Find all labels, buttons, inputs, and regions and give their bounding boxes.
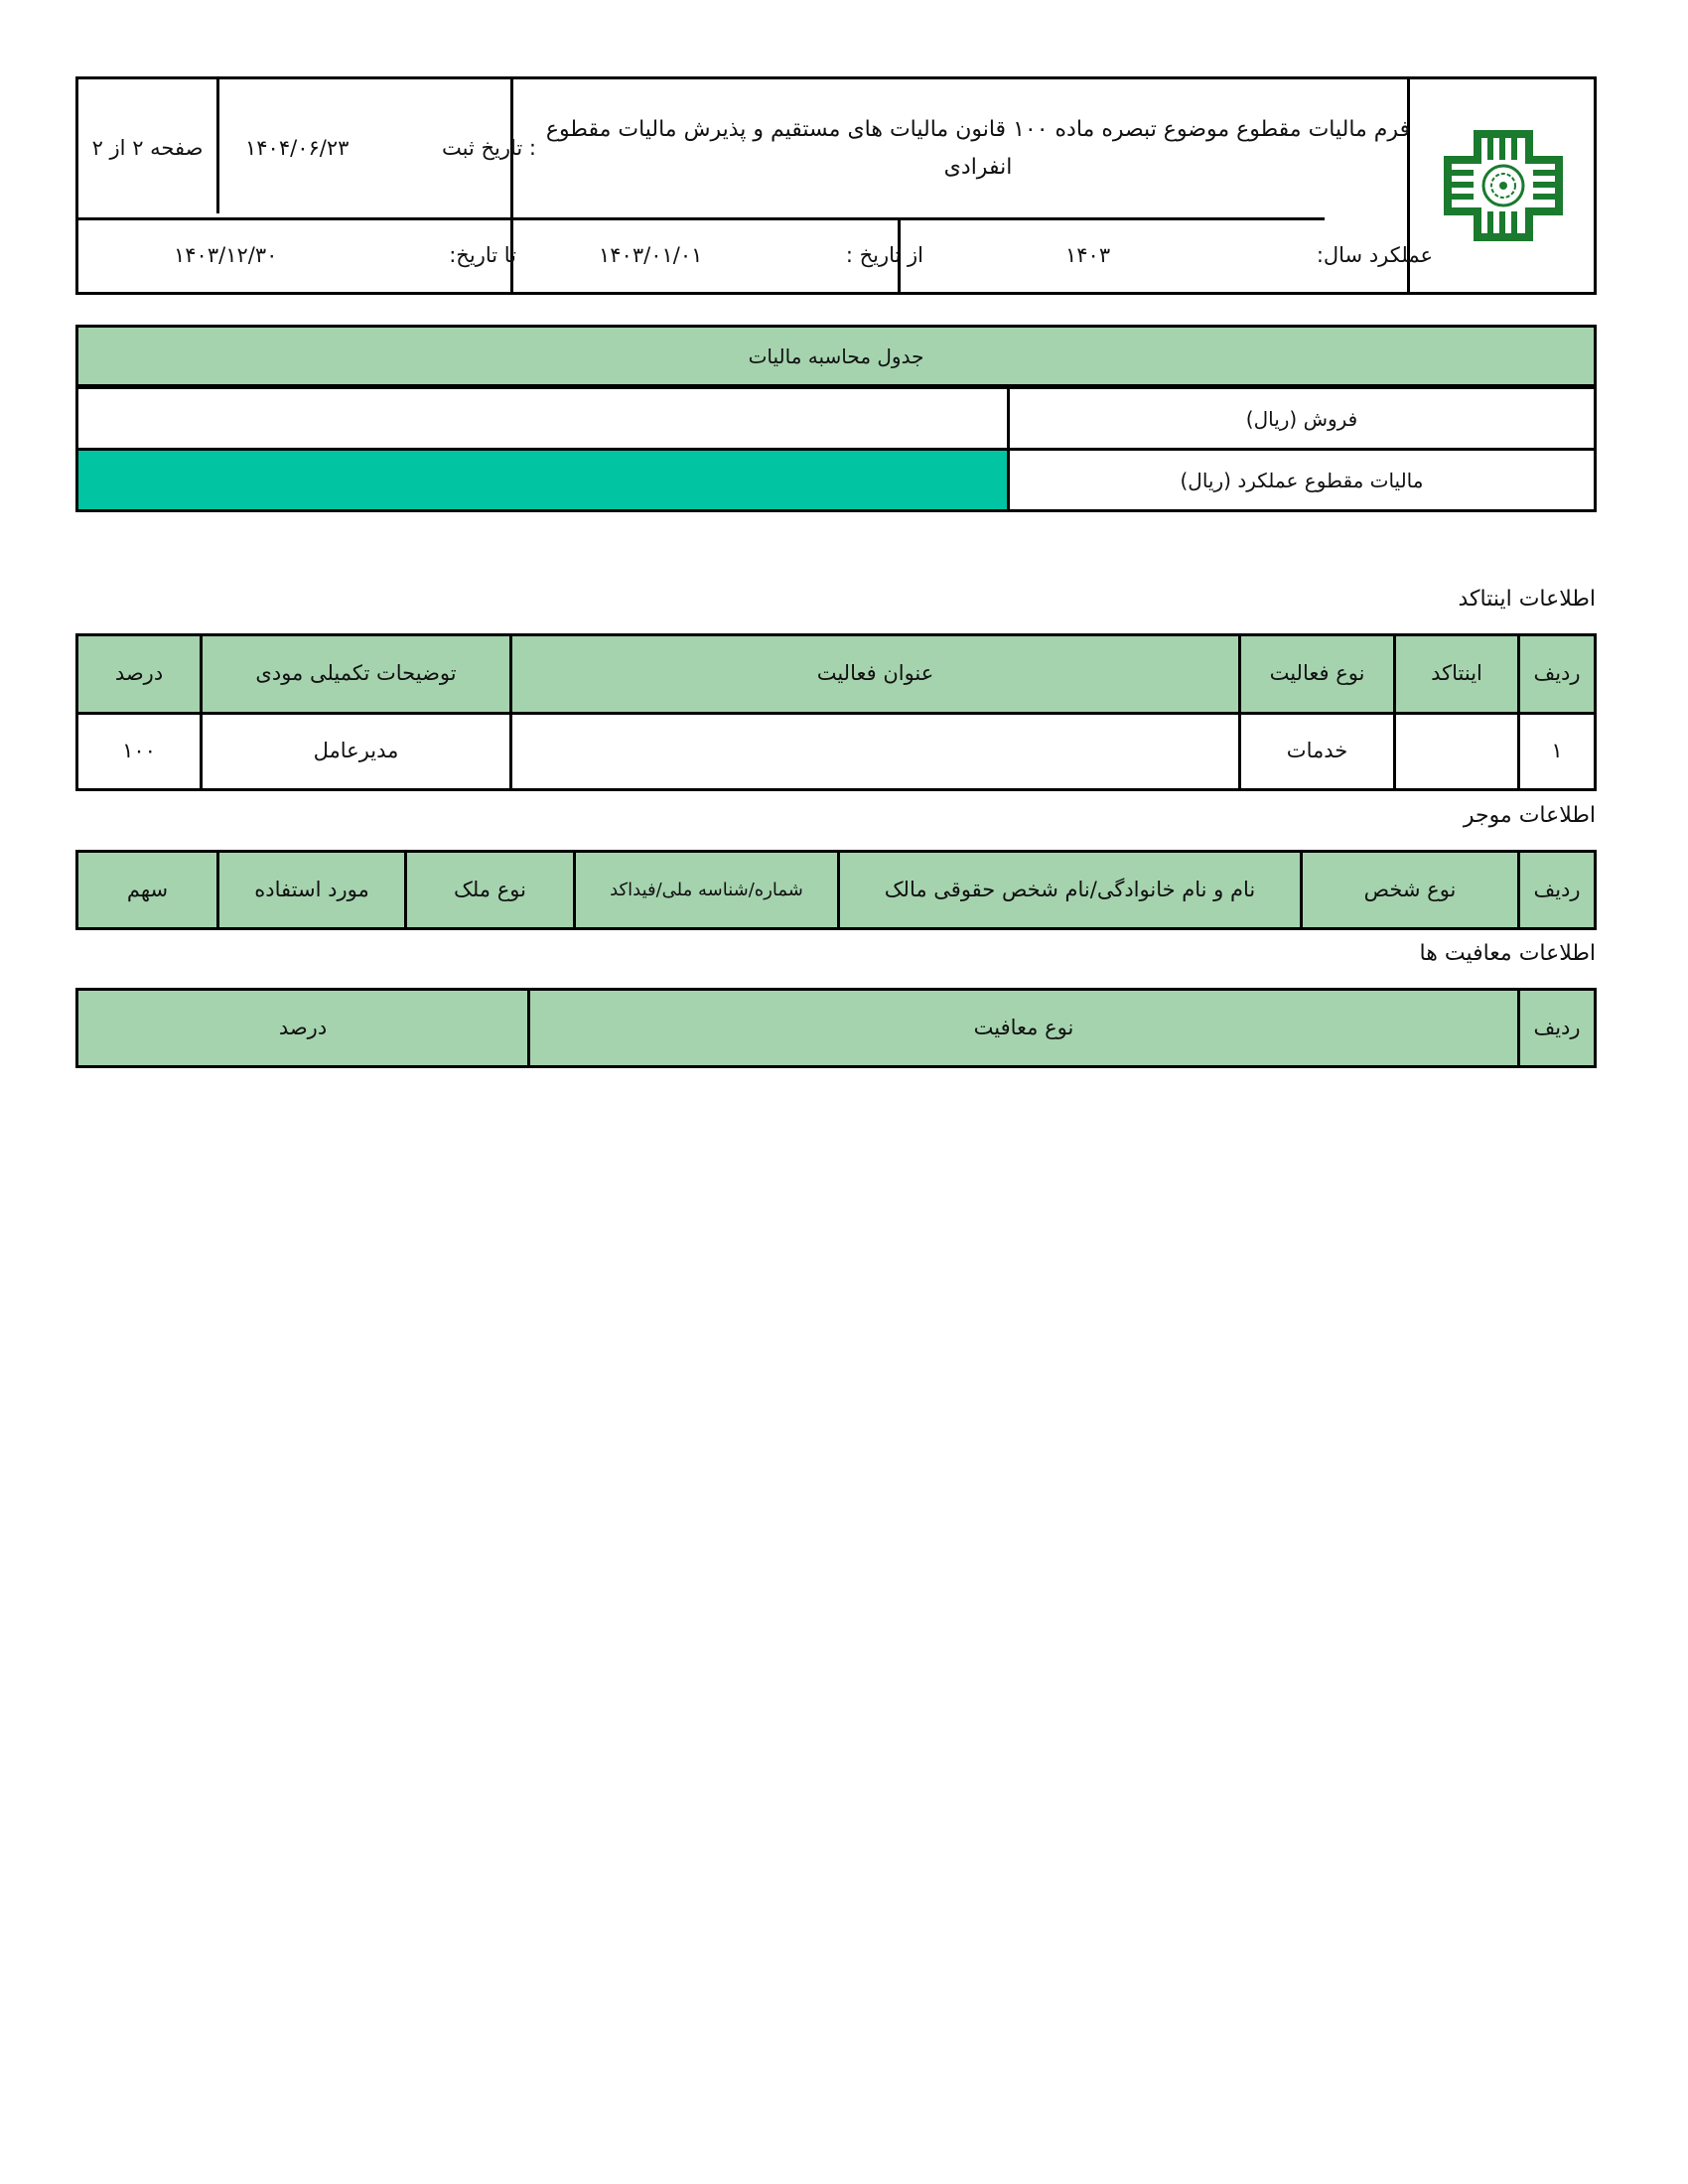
exemptions-section-title: اطلاعات معافیت ها bbox=[1420, 941, 1596, 966]
registration-date: : تاریخ ثبت ۱۴۰۴/۰۶/۲۳ bbox=[219, 79, 562, 217]
to-date-label: تا تاریخ: bbox=[449, 240, 516, 272]
column-header-row: ردیف bbox=[1520, 853, 1594, 927]
tax-organization-logo-icon bbox=[1444, 130, 1563, 241]
to-date-value: ۱۴۰۳/۱۲/۳۰ bbox=[174, 240, 277, 272]
registration-date-value: ۱۴۰۴/۰۶/۲۳ bbox=[245, 133, 349, 165]
lessor-table: ردیف نوع شخص نام و نام خانوادگی/نام شخص … bbox=[75, 850, 1597, 930]
column-header-percent: درصد bbox=[78, 991, 527, 1065]
to-date: تا تاریخ: ۱۴۰۳/۱۲/۳۰ bbox=[78, 220, 562, 292]
column-header-usage: مورد استفاده bbox=[219, 853, 404, 927]
lump-sum-tax-value bbox=[78, 451, 1007, 509]
column-header-percent: درصد bbox=[78, 636, 200, 712]
column-header-activity-type: نوع فعالیت bbox=[1241, 636, 1393, 712]
registration-date-label: : تاریخ ثبت bbox=[442, 133, 536, 165]
intacode-section-title: اطلاعات اینتاکد bbox=[1458, 587, 1596, 612]
column-header-property-type: نوع ملک bbox=[407, 853, 573, 927]
column-header-owner-name: نام و نام خانوادگی/نام شخص حقوقی مالک bbox=[840, 853, 1300, 927]
performance-year: عملکرد سال: ۱۴۰۳ bbox=[901, 220, 1459, 292]
from-date: از تاریخ : ۱۴۰۳/۰۱/۰۱ bbox=[513, 220, 949, 292]
table-row-cell-intacode bbox=[1396, 715, 1517, 788]
from-date-label: از تاریخ : bbox=[846, 240, 923, 272]
column-header-row: ردیف bbox=[1520, 636, 1594, 712]
column-header-share: سهم bbox=[78, 853, 216, 927]
column-header-activity-title: عنوان فعالیت bbox=[512, 636, 1238, 712]
column-header-national-id: شماره/شناسه ملی/فیداکد bbox=[576, 853, 837, 927]
column-header-row: ردیف bbox=[1520, 991, 1594, 1065]
column-header-intacode: اینتاکد bbox=[1396, 636, 1517, 712]
intacode-table: ردیف اینتاکد نوع فعالیت عنوان فعالیت توض… bbox=[75, 633, 1597, 791]
table-row-cell-percent: ۱۰۰ bbox=[78, 715, 200, 788]
column-header-description: توضیحات تکمیلی مودی bbox=[203, 636, 509, 712]
table-row-cell-activity-title bbox=[512, 715, 1238, 788]
form-title: فرم مالیات مقطوع موضوع تبصره ماده ۱۰۰ قا… bbox=[513, 79, 1443, 217]
page-indicator: صفحه ۲ از ۲ bbox=[78, 79, 216, 217]
table-row-cell-description: مدیرعامل bbox=[203, 715, 509, 788]
sales-label: فروش (ریال) bbox=[1010, 389, 1594, 448]
table-row-cell-activity-type: خدمات bbox=[1241, 715, 1393, 788]
lessor-section-title: اطلاعات موجر bbox=[1464, 803, 1596, 828]
performance-year-value: ۱۴۰۳ bbox=[1065, 240, 1110, 272]
exemptions-table: ردیف نوع معافیت درصد bbox=[75, 988, 1597, 1068]
form-header: فرم مالیات مقطوع موضوع تبصره ماده ۱۰۰ قا… bbox=[75, 76, 1597, 295]
table-row-cell-row: ۱ bbox=[1520, 715, 1594, 788]
sales-value bbox=[78, 389, 1007, 448]
from-date-value: ۱۴۰۳/۰۱/۰۱ bbox=[599, 240, 702, 272]
column-header-person-type: نوع شخص bbox=[1303, 853, 1517, 927]
performance-year-label: عملکرد سال: bbox=[1317, 240, 1433, 272]
tax-calculation-title: جدول محاسبه مالیات bbox=[78, 328, 1594, 384]
column-header-exemption-type: نوع معافیت bbox=[530, 991, 1517, 1065]
tax-calculation-table: جدول محاسبه مالیات فروش (ریال) مالیات مق… bbox=[75, 325, 1597, 512]
lump-sum-tax-label: مالیات مقطوع عملکرد (ریال) bbox=[1010, 451, 1594, 509]
